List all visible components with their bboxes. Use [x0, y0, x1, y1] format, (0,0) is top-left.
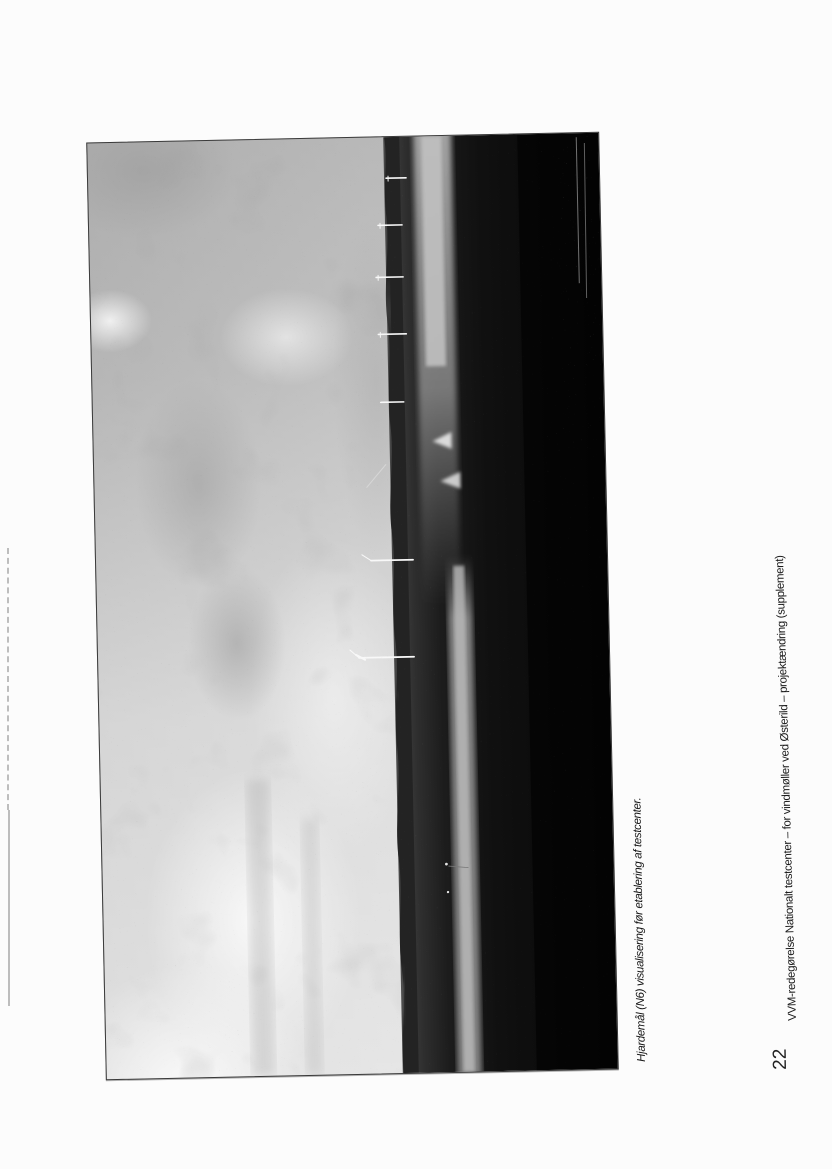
land-grain — [383, 133, 618, 1073]
scan-edge-artifact — [7, 548, 9, 810]
figure-photo-detail — [87, 133, 617, 1079]
page-number: 22 — [769, 1030, 792, 1070]
scan-edge-artifact — [8, 810, 10, 1006]
figure-photo — [86, 132, 619, 1081]
document-footer: VVM-redegørelse Nationalt testcenter – f… — [772, 501, 801, 1021]
figure-caption: Hjardemål (N6) visualisering før etabler… — [630, 732, 651, 1062]
sky-grain — [87, 137, 409, 1079]
scanned-document-page: Hjardemål (N6) visualisering før etabler… — [0, 0, 832, 1169]
